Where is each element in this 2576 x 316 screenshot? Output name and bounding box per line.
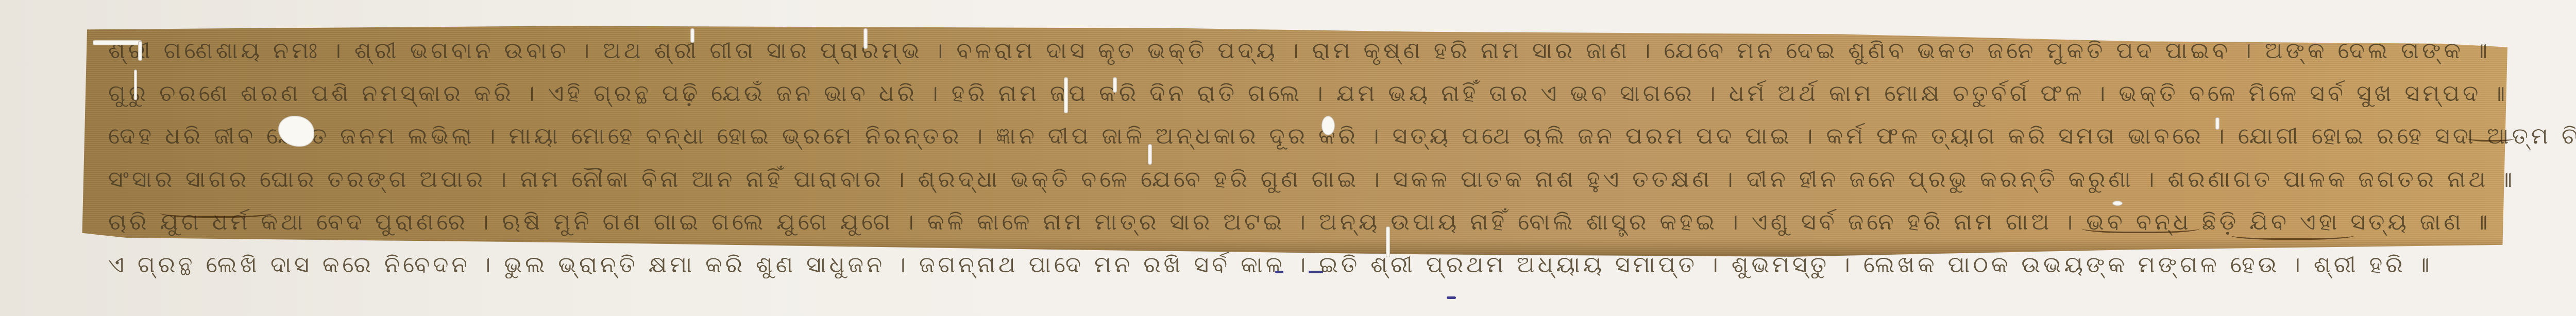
text-line-3: ଦେହ ଧରି ଜୀବ ଯେତେ ଜନମ ଲଭିଲା । ମାୟା ମୋହେ ବ…	[108, 121, 2576, 151]
worm-hole	[138, 41, 142, 61]
worm-hole	[863, 28, 868, 49]
worm-hole	[1113, 77, 1117, 93]
text-line-4: ସଂସାର ସାଗର ଘୋର ତରଙ୍ଗ ଅପାର । ନାମ ନୌକା ବିନ…	[108, 165, 2576, 195]
worm-hole	[2215, 117, 2219, 130]
worm-hole	[93, 40, 142, 45]
worm-hole	[2112, 201, 2123, 206]
edge-damage	[160, 206, 273, 218]
registration-mark	[1447, 296, 1456, 299]
edge-damage	[2231, 229, 2354, 240]
worm-hole	[1386, 226, 1390, 257]
text-line-2: ଗୁରୁ ଚରଣେ ଶରଣ ପଶି ନମସ୍କାର କରି । ଏହି ଗ୍ରନ…	[108, 79, 2576, 109]
manuscript-text: ଶ୍ରୀ ଗଣେଶାୟ ନମଃ । ଶ୍ରୀ ଭଗବାନ ଉବାଚ । ଅଥ ଶ…	[108, 36, 2576, 280]
registration-mark	[1309, 271, 1323, 273]
worm-hole	[1148, 144, 1152, 165]
edge-damage	[2081, 221, 2200, 233]
text-line-1: ଶ୍ରୀ ଗଣେଶାୟ ନମଃ । ଶ୍ରୀ ଭଗବାନ ଉବାଚ । ଅଥ ଶ…	[108, 36, 2576, 66]
text-line-6: ଏ ଗ୍ରନ୍ଥ ଲେଖି ଦାସ କରେ ନିବେଦନ । ଭୁଲ ଭ୍ରାନ…	[108, 250, 2576, 280]
edge-damage	[2468, 134, 2514, 142]
worm-hole	[690, 28, 694, 43]
worm-hole	[1321, 116, 1335, 135]
worm-hole	[1064, 77, 1068, 113]
worm-hole	[134, 69, 137, 100]
text-line-5: ଚାରି ଯୁଗ ଧର୍ମ କଥା ବେଦ ପୁରାଣରେ । ଋଷି ମୁନି…	[108, 207, 2576, 237]
registration-mark	[1275, 271, 1283, 273]
